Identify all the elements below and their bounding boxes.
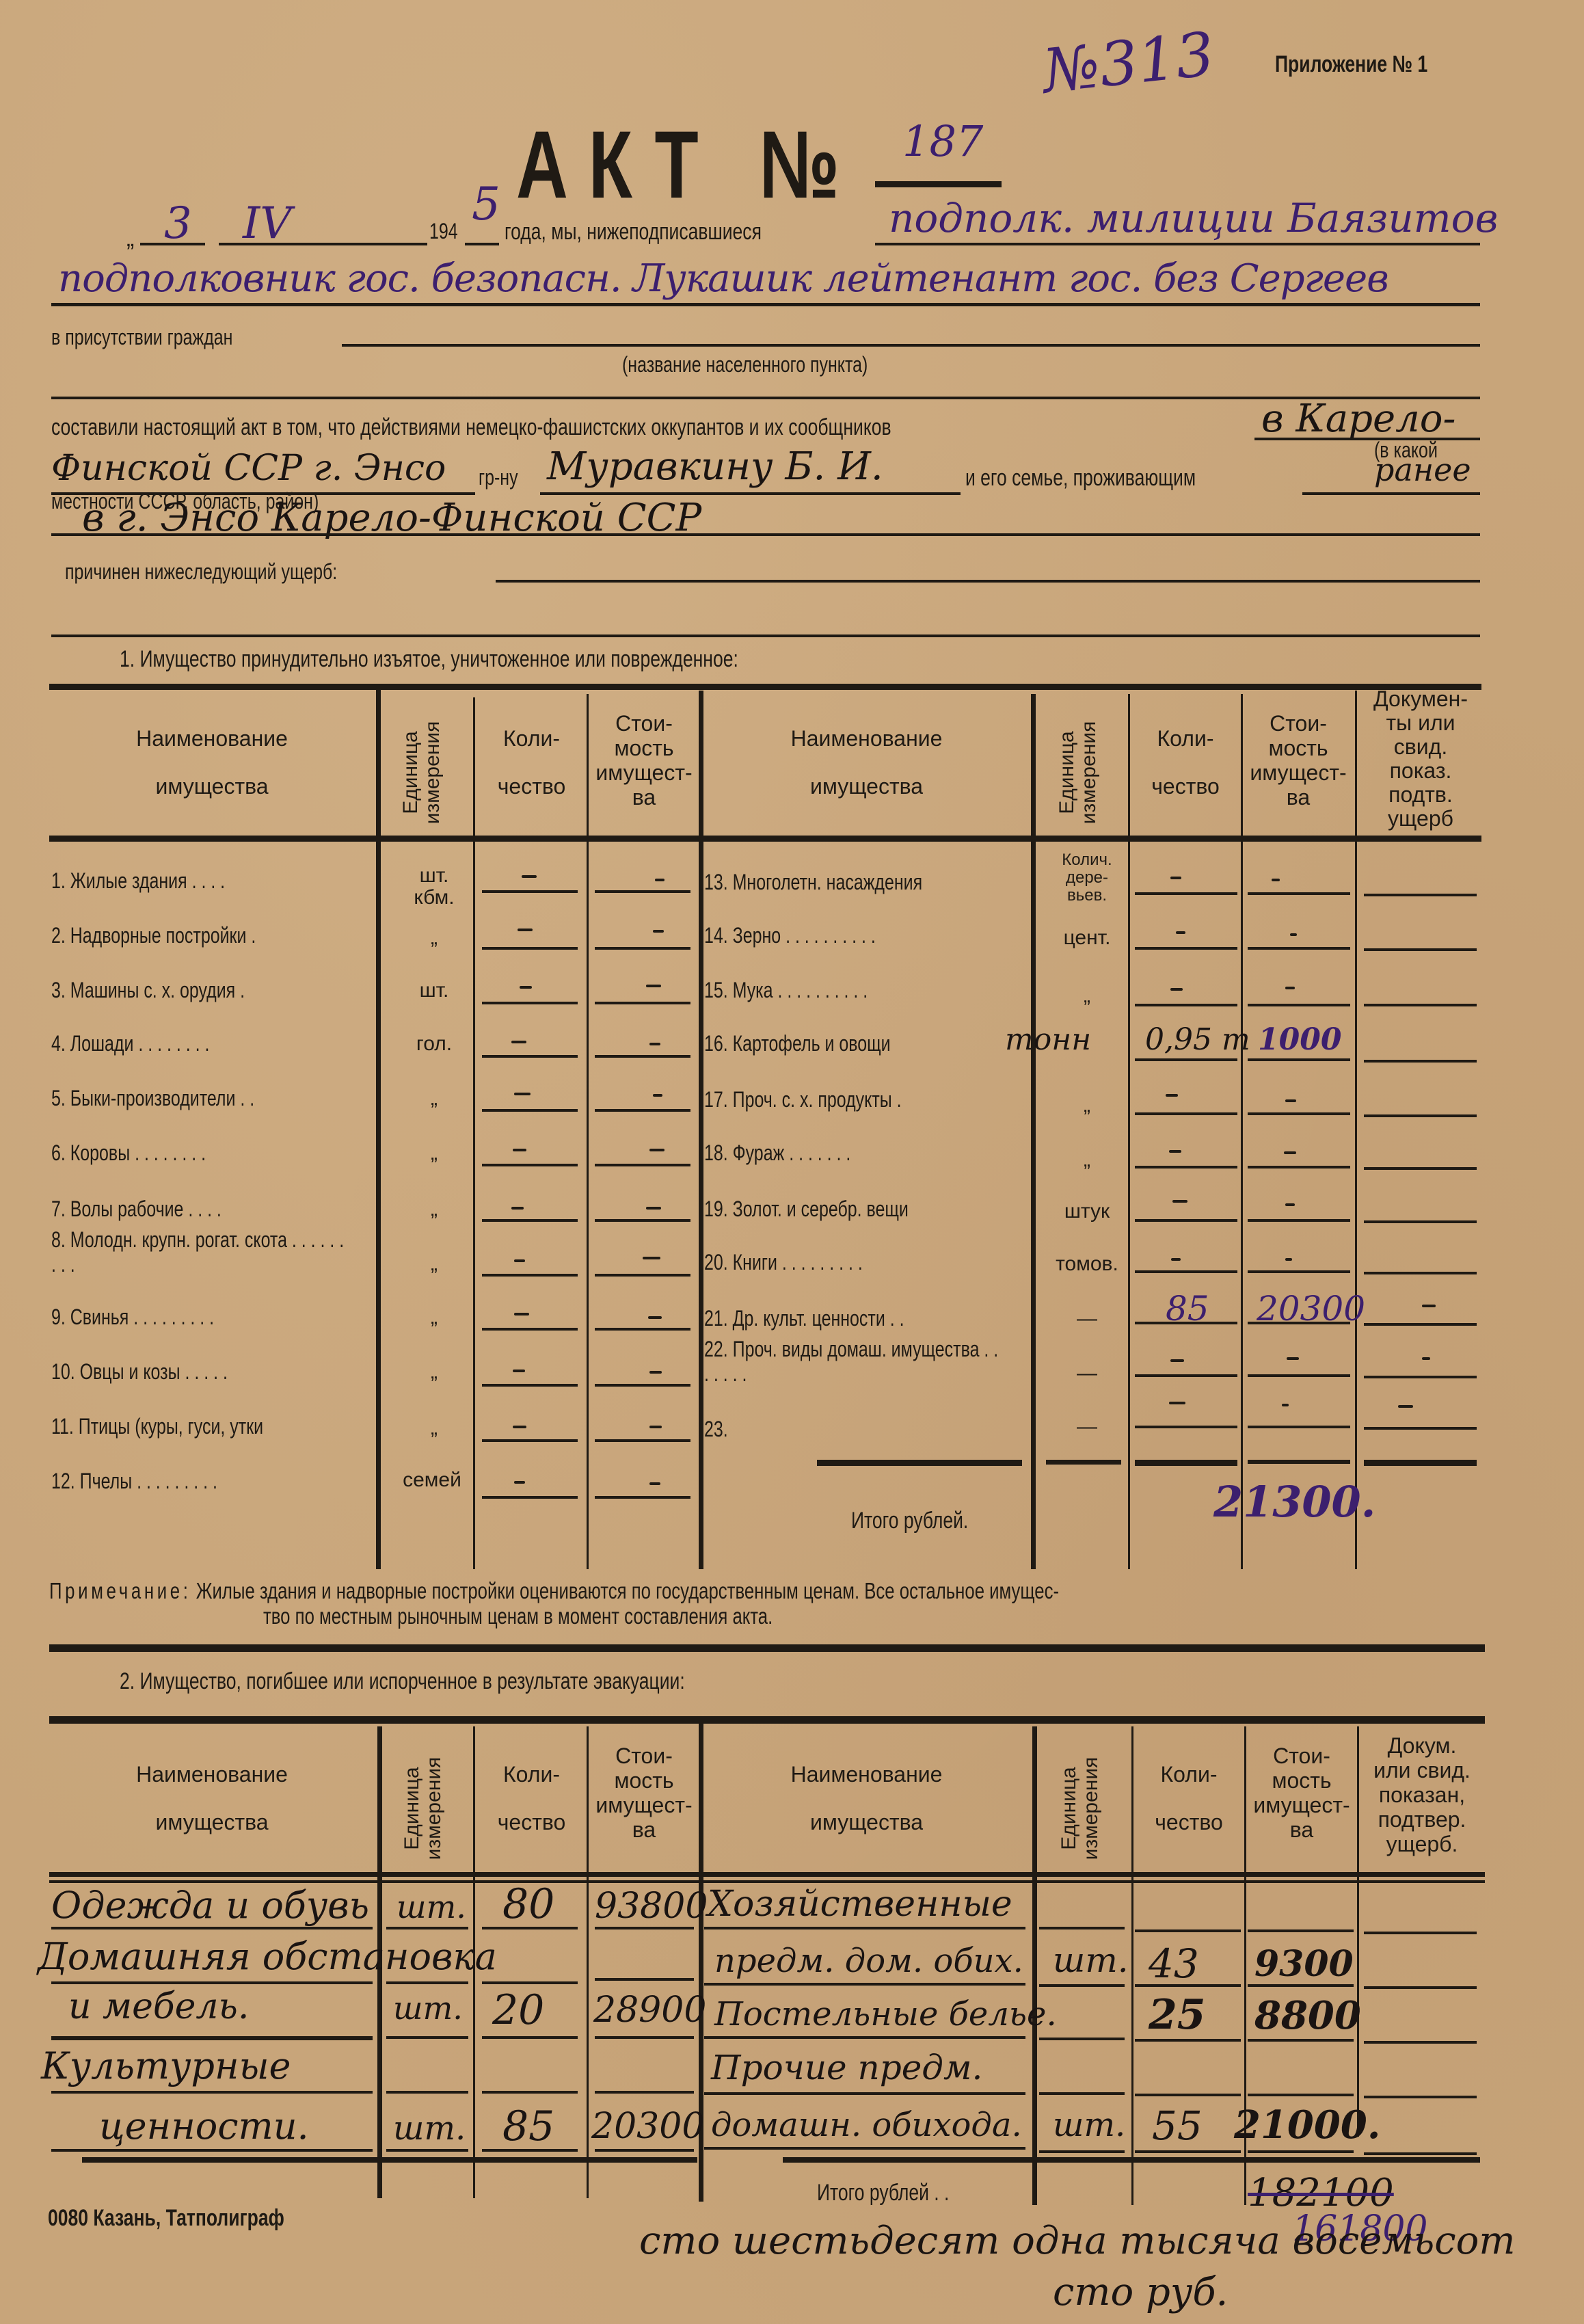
empty-dash — [520, 986, 532, 989]
t1-row-cost: 1000 — [1258, 1022, 1341, 1057]
total-rule — [1046, 1460, 1121, 1465]
date-open-quote: „ — [126, 226, 134, 252]
t1-cell-underline — [595, 1002, 690, 1004]
t1-cell-underline — [595, 1109, 690, 1112]
t2-cell-underline — [1364, 1932, 1477, 1934]
t2-row-cost: 20300 — [591, 2106, 704, 2147]
empty-dash — [648, 1316, 662, 1319]
t1-cell-underline — [1364, 1427, 1477, 1430]
empty-dash — [1176, 931, 1185, 934]
t1-row-name: 16. Картофель и овощи — [704, 1031, 943, 1056]
t2-row-qty: 20 — [492, 1986, 544, 2034]
t2-cell-underline — [1039, 2092, 1125, 2095]
t1-header-unit-right: Единица измерения — [1056, 711, 1104, 834]
t1-row-name: 5. Быки-производители . . — [51, 1086, 312, 1111]
t1-cell-underline — [1248, 1270, 1350, 1273]
damage-underline — [496, 580, 1480, 583]
t2-row-qty: 43 — [1149, 1940, 1199, 1987]
appendix-label: Приложение № 1 — [1275, 51, 1471, 78]
t1-header-name: Наименованиеимущества — [55, 714, 369, 810]
t2-cell-underline — [386, 1981, 468, 1984]
t1-total-label: Итого рублей. — [851, 1508, 1002, 1534]
t1-row-name: 2. Надворные постройки . — [51, 923, 314, 948]
t1-row-name: 21. Др. культ. ценности . . — [704, 1306, 961, 1331]
t1-cell-underline — [1135, 1270, 1237, 1273]
t2-cell-underline — [1039, 1927, 1125, 1929]
t1-row-name: 18. Фураж . . . . . . . — [704, 1140, 892, 1166]
t1-row-name: 8. Молодн. крупн. рогат. скота . . . . .… — [51, 1227, 373, 1277]
t2-row-name: Прочие предм. — [711, 2048, 982, 2087]
t1-cell-underline — [595, 890, 690, 893]
location-caption-1: (в какой — [1374, 438, 1455, 463]
t1-cell-underline — [595, 1055, 690, 1058]
empty-dash — [1169, 1402, 1185, 1404]
t1-row-unit: „ — [407, 1198, 461, 1221]
t1-header-unit: Единица измерения — [400, 711, 448, 834]
t2-cell-underline — [386, 2149, 468, 2152]
t2-header-qty-right: Коли-чество — [1135, 1750, 1243, 1846]
t2-cell-underline — [482, 2036, 578, 2039]
t1-row-name: 6. Коровы . . . . . . . . — [51, 1140, 250, 1166]
t1-cell-underline — [482, 1328, 578, 1331]
empty-dash — [1285, 987, 1295, 989]
t1-cell-underline — [1248, 1166, 1350, 1168]
t2-cell-underline — [1364, 2152, 1477, 2155]
t2-cell-underline — [1248, 2039, 1354, 2042]
t1-cell-underline — [1364, 1220, 1477, 1223]
t1-header-name-right: Наименованиеимущества — [704, 714, 1029, 810]
empty-dash — [649, 1482, 660, 1485]
note-continued: тво по местным рыночным ценам в момент с… — [263, 1603, 917, 1629]
t2-row-qty: 85 — [502, 2102, 554, 2150]
empty-dash — [646, 1207, 661, 1210]
location-hand-2: Финской ССР г. Энсо — [51, 448, 446, 489]
t1-cell-underline — [1248, 947, 1350, 950]
t2-cell-underline — [1135, 1929, 1241, 1932]
t2-cell-underline — [1248, 2150, 1354, 2153]
empty-dash — [649, 1426, 662, 1428]
t2-cell-underline — [704, 1983, 1025, 1986]
table2-header-bottom-border — [49, 1872, 1485, 1877]
t1-cell-underline — [482, 1439, 578, 1442]
t1-cell-underline — [482, 1164, 578, 1166]
empty-dash — [513, 1370, 525, 1372]
t1-cell-underline — [1248, 1322, 1350, 1324]
t1-cell-underline — [482, 947, 578, 950]
t2-col-line — [587, 1726, 589, 2198]
t1-row-name: 10. Овцы и козы . . . . . — [51, 1359, 278, 1385]
t1-row-unit: „ — [407, 1253, 461, 1276]
t2-cell-underline — [51, 1981, 373, 1984]
t2-cell-underline — [704, 2092, 1025, 2095]
t1-cell-underline — [1364, 1060, 1477, 1063]
t1-row-name: 23. — [704, 1417, 734, 1442]
t1-row-name: 11. Птицы (куры, гуси, утки — [51, 1414, 323, 1439]
t2-row-cost: 9300 — [1254, 1943, 1354, 1985]
t1-row-name: 22. Проч. виды домаш. имущества . . . . … — [704, 1337, 1025, 1386]
t1-cell-underline — [1364, 1114, 1477, 1117]
signers-underline-1 — [875, 243, 1480, 245]
t1-cell-underline — [1135, 1374, 1237, 1377]
t2-cell-underline — [482, 2149, 578, 2152]
t1-col-line — [699, 691, 703, 1569]
t2-row-qty: 80 — [502, 1880, 554, 1928]
t1-row-unit: „ — [1053, 1149, 1121, 1172]
month-underline — [219, 243, 427, 245]
year-suffix: 5 — [472, 178, 500, 230]
empty-dash — [511, 1041, 526, 1043]
t1-row-name: 9. Свинья . . . . . . . . . — [51, 1305, 260, 1330]
empty-dash — [1422, 1357, 1430, 1360]
t1-cell-underline — [595, 1328, 690, 1331]
t1-cell-underline — [1248, 1112, 1350, 1115]
t1-cell-underline — [482, 1109, 578, 1112]
residence-underline-2 — [51, 533, 1480, 536]
t2-cell-underline — [1135, 2039, 1241, 2042]
t2-row-cost: 28900 — [593, 1990, 706, 2031]
empty-dash — [513, 1149, 526, 1151]
composed-text: составили настоящий акт в том, что дейст… — [51, 414, 1128, 441]
presence-label: в присутствии граждан — [51, 325, 284, 350]
citizen-underline — [540, 492, 961, 495]
citizen-label: гр-ну — [479, 465, 529, 490]
t1-row-unit: „ — [407, 926, 461, 950]
t1-cell-underline — [1364, 1167, 1477, 1170]
section2-title: 2. Имущество, погибшее или испорченное в… — [120, 1668, 844, 1695]
t1-cell-underline — [1135, 1219, 1237, 1222]
t1-col-line — [376, 687, 381, 1569]
total-rule — [1135, 1460, 1237, 1466]
t1-cell-underline — [595, 1439, 690, 1442]
note-divider — [49, 1644, 1485, 1652]
t2-cell-underline — [386, 1927, 468, 1929]
t2-row-unit: шт. — [393, 1990, 463, 2027]
t2-cell-underline — [1248, 2094, 1354, 2096]
t1-cell-underline — [1248, 892, 1350, 895]
t1-row-unit: „ — [407, 1306, 461, 1329]
t2-header-cost: Стои-мостьимущест-ва — [589, 1744, 699, 1842]
total-rule — [1248, 1460, 1350, 1464]
t1-cell-underline — [595, 1274, 690, 1277]
location-hand-1: в Карело- — [1261, 397, 1455, 441]
t2-header-qty: Коли-чество — [479, 1750, 585, 1846]
empty-dash — [1287, 1357, 1299, 1360]
t1-cell-underline — [1248, 1058, 1350, 1061]
t2-cell-underline — [1039, 2038, 1125, 2040]
empty-dash — [643, 1257, 660, 1259]
t2-cell-underline — [386, 2091, 468, 2094]
t2-cell-underline — [482, 1981, 578, 1984]
t1-row-name: 15. Мука . . . . . . . . . . — [704, 978, 914, 1003]
t2-col-line — [1131, 1726, 1133, 2205]
table2-top-border — [49, 1716, 1485, 1724]
empty-dash — [511, 1207, 524, 1210]
intro-year-text: года, мы, нижеподписавшиеся — [505, 219, 834, 245]
residence-underline-1 — [1302, 492, 1480, 495]
t1-row-name: 14. Зерно . . . . . . . . . . — [704, 923, 924, 948]
act-number: 187 — [902, 116, 983, 166]
t1-row-unit: штук — [1053, 1200, 1121, 1223]
empty-dash — [1285, 1258, 1292, 1261]
empty-dash — [1170, 877, 1181, 879]
t2-header-unit-right: Единица измерения — [1058, 1747, 1106, 1870]
empty-dash — [649, 1371, 662, 1374]
empty-dash — [646, 985, 661, 987]
t2-row-qty: 25 — [1149, 1991, 1206, 2039]
t1-row-name: 17. Проч. с. х. продукты . — [704, 1087, 957, 1112]
empty-dash — [1284, 1151, 1296, 1154]
empty-dash — [653, 1094, 662, 1097]
total-rule — [1364, 1460, 1477, 1466]
t2-cell-underline — [51, 1927, 373, 1929]
signers-underline-2 — [51, 303, 1480, 306]
t2-header-name: Наименованиеимущества — [55, 1750, 369, 1846]
year-prefix: 194 — [429, 219, 466, 244]
t1-row-unit: „ — [407, 1417, 461, 1440]
t2-cell-underline — [51, 2149, 373, 2152]
damage-text: причинен нижеследующий ущерб: — [65, 559, 414, 585]
t1-header-qty: Коли-чество — [479, 714, 585, 810]
t2-cell-underline — [704, 2036, 1025, 2039]
table1-top-border — [49, 684, 1481, 690]
t1-row-unit: — — [1053, 1415, 1121, 1439]
empty-dash — [522, 875, 537, 878]
t1-cell-underline — [1135, 1426, 1237, 1428]
t1-cell-underline — [595, 1384, 690, 1387]
t2-bottom-rule — [82, 2157, 697, 2163]
t2-cell-underline — [386, 2036, 468, 2039]
t1-row-unit: шт. — [407, 979, 461, 1002]
table1-header-bottom-border — [49, 836, 1481, 842]
empty-dash — [649, 1043, 660, 1045]
empty-dash — [518, 929, 533, 931]
t1-cell-underline — [595, 1219, 690, 1222]
t2-row-cost: 93800 — [595, 1886, 708, 1927]
settlement-caption: (название населенного пункта) — [622, 352, 937, 377]
t2-row-name: ценности. — [99, 2105, 309, 2148]
t2-cell-underline — [1364, 2096, 1477, 2098]
t1-header-cost: Стои-мостьимущест-ва — [589, 711, 699, 810]
t2-cell-underline — [704, 1927, 1025, 1929]
year-underline — [465, 243, 499, 245]
t2-row-name: Одежда и обувь — [51, 1884, 369, 1927]
t1-row-name: 3. Машины с. х. орудия . — [51, 978, 299, 1003]
t1-cell-underline — [1364, 1272, 1477, 1274]
empty-dash — [1398, 1405, 1413, 1408]
damage-underline-2 — [51, 635, 1480, 637]
act-number-underline — [875, 181, 1002, 187]
empty-dash — [1272, 879, 1280, 881]
sum-in-words-line-2: сто руб. — [1053, 2270, 1228, 2314]
t1-row-name: 1. Жилые здания . . . . — [51, 868, 274, 894]
t1-row-unit: — — [1053, 1307, 1121, 1331]
empty-dash — [653, 930, 664, 933]
note: Примечание: Жилые здания и надворные пос… — [49, 1578, 1344, 1604]
t2-header-unit: Единица измерения — [401, 1747, 449, 1870]
empty-dash — [1171, 1258, 1181, 1261]
t1-row-unit-hand: тонн — [1005, 1022, 1091, 1057]
t1-row-qty: 0,95 т — [1145, 1022, 1250, 1057]
empty-dash — [513, 1426, 526, 1428]
t1-cell-underline — [1135, 1166, 1237, 1168]
t1-cell-underline — [1248, 1426, 1350, 1428]
t2-cell-underline — [482, 2091, 578, 2094]
date-day: 3 — [164, 198, 192, 249]
t1-cell-underline — [482, 1496, 578, 1499]
t2-cell-underline — [51, 2091, 373, 2094]
t1-row-unit: „ — [407, 1361, 461, 1384]
t1-cell-underline — [1364, 948, 1477, 951]
t1-header-docs: Докумен-ты илисвид.показ.подтв.ущерб — [1359, 687, 1482, 831]
sum-in-words-line-1: сто шестьдесят одна тысяча восемьсот — [639, 2219, 1515, 2263]
t2-header-name-right: Наименованиеимущества — [704, 1750, 1029, 1846]
t1-col-line — [1241, 694, 1243, 1569]
citizen-name: Муравкину Б. И. — [547, 444, 883, 489]
t2-cell-underline — [1248, 1929, 1354, 1932]
t1-row-unit: „ — [407, 1087, 461, 1110]
t2-cell-underline — [595, 2091, 694, 2094]
t1-total-value: 21300. — [1213, 1477, 1375, 1527]
t2-cell-underline — [1135, 2150, 1241, 2153]
t2-col-line — [1032, 1726, 1037, 2205]
t2-cell-underline — [51, 2036, 373, 2040]
t2-cell-underline — [1248, 1984, 1354, 1987]
t1-row-unit: шт. кбм. — [407, 865, 461, 909]
t1-row-unit: томов. — [1046, 1253, 1128, 1276]
t2-row-name: Культурные — [41, 2044, 291, 2087]
t2-cell-underline — [704, 2147, 1025, 2150]
t1-cell-underline — [1135, 947, 1237, 950]
t2-header-cost-right: Стои-мостьимущест-ва — [1246, 1744, 1357, 1842]
signers-line-2: подполковник гос. безопасн. Лукашик лейт… — [58, 256, 1388, 301]
t1-cell-underline — [482, 1055, 578, 1058]
t1-row-unit: — — [1053, 1362, 1121, 1385]
empty-dash — [1169, 1150, 1181, 1153]
t1-row-unit: гол. — [407, 1032, 461, 1056]
t2-cell-underline — [482, 1927, 578, 1929]
t1-row-name: 4. Лошади . . . . . . . . — [51, 1031, 254, 1056]
t2-row-cost: 21000. — [1234, 2102, 1380, 2148]
t1-row-name: 7. Волы рабочие . . . . — [51, 1197, 269, 1222]
t1-row-unit: „ — [407, 1142, 461, 1165]
empty-dash — [1166, 1094, 1178, 1097]
t1-cell-underline — [1248, 1219, 1350, 1222]
t2-cell-underline — [1039, 2150, 1125, 2153]
t2-row-cost: 8800 — [1254, 1993, 1361, 2038]
t1-cell-underline — [1135, 892, 1237, 895]
empty-dash — [1290, 933, 1297, 936]
t1-row-name: 12. Пчелы . . . . . . . . . — [51, 1469, 264, 1494]
t1-cell-underline — [1248, 1004, 1350, 1006]
section1-title: 1. Имущество принудительно изъятое, унич… — [120, 646, 913, 673]
t2-row-name: Постельные белье. — [714, 1995, 1057, 2033]
t1-row-name: 13. Многолетн. насаждения — [704, 870, 984, 895]
t2-header-docs: Докум.или свид.показан,подтвер.ущерб. — [1360, 1733, 1484, 1856]
t2-row-name: домашн. обихода. — [711, 2106, 1022, 2144]
t1-header-cost-right: Стои-мостьимущест-ва — [1243, 711, 1354, 810]
date-month: IV — [243, 198, 292, 249]
t1-row-unit: цент. — [1053, 926, 1121, 950]
empty-dash — [514, 1313, 529, 1315]
empty-dash — [1170, 988, 1183, 991]
t2-row-name: Домашняя обстановка — [38, 1935, 497, 1978]
table2-header-bottom-border-2 — [49, 1880, 1485, 1883]
t2-row-name: предм. дом. обих. — [714, 1942, 1023, 1980]
t1-cell-underline — [482, 1274, 578, 1277]
empty-dash — [1172, 1200, 1187, 1203]
t1-cell-underline — [1364, 894, 1477, 896]
t2-row-qty: 55 — [1152, 2102, 1203, 2149]
t1-cell-underline — [1135, 1322, 1237, 1324]
t1-row-unit: Колич. дере- вьев. — [1056, 851, 1118, 905]
empty-dash — [655, 879, 665, 881]
t2-cell-underline — [595, 2149, 694, 2152]
t2-cell-underline — [595, 1978, 694, 1981]
day-underline — [140, 243, 205, 245]
t1-cell-underline — [595, 1496, 690, 1499]
signers-line-1: подполк. милиции Баязитов — [889, 195, 1498, 241]
t2-cell-underline — [595, 1927, 694, 1929]
empty-dash — [1422, 1305, 1436, 1307]
t2-row-unit: шт. — [1053, 2106, 1125, 2144]
t2-row-unit: шт. — [393, 2109, 466, 2148]
family-text: и его семье, проживающим — [965, 465, 1261, 492]
t2-row-unit: шт. — [1053, 1940, 1129, 1980]
empty-dash — [514, 1481, 525, 1484]
empty-dash — [1170, 1359, 1184, 1362]
empty-dash — [1285, 1203, 1295, 1206]
t2-row-name: и мебель. — [68, 1986, 249, 2027]
t2-cell-underline — [1364, 2041, 1477, 2044]
t1-row-unit: „ — [1053, 985, 1121, 1008]
t1-cell-underline — [1248, 1374, 1350, 1377]
t2-col-line — [1357, 1726, 1359, 2137]
t1-cell-underline — [482, 1384, 578, 1387]
t1-cell-underline — [1364, 1323, 1477, 1326]
t1-header-qty-right: Коли-чество — [1131, 714, 1239, 810]
t1-cell-underline — [482, 1219, 578, 1222]
t2-cell-underline — [1135, 2094, 1241, 2096]
printer-imprint: 0080 Казань, Татполиграф — [48, 2205, 351, 2232]
t1-cell-underline — [1364, 1004, 1477, 1006]
empty-dash — [649, 1149, 665, 1151]
t2-row-name: Хозяйственные — [708, 1884, 1012, 1925]
t1-cell-underline — [482, 890, 578, 893]
t1-cell-underline — [1364, 1376, 1477, 1378]
total-rule — [817, 1460, 1022, 1466]
t2-bottom-rule — [783, 2157, 1480, 2163]
t2-cell-underline — [1039, 1984, 1125, 1987]
empty-dash — [1282, 1404, 1289, 1406]
archive-number: №313 — [1039, 18, 1218, 107]
t1-cell-underline — [595, 947, 690, 950]
t2-cell-underline — [1135, 1984, 1241, 1987]
t1-col-line — [587, 694, 589, 1569]
t2-cell-underline — [595, 2036, 694, 2039]
empty-dash — [1285, 1099, 1296, 1102]
t1-cell-underline — [482, 1002, 578, 1004]
t1-cell-underline — [1135, 1058, 1237, 1061]
t1-row-name: 20. Книги . . . . . . . . . — [704, 1250, 907, 1275]
t1-col-line — [1355, 691, 1357, 1569]
t1-cell-underline — [595, 1164, 690, 1166]
presence-underline — [342, 344, 1480, 347]
empty-dash — [514, 1093, 531, 1095]
t1-col-line — [1031, 694, 1036, 1569]
t1-row-unit: семей — [391, 1469, 473, 1492]
t1-col-line — [1128, 694, 1130, 1569]
t2-cell-underline — [1364, 1986, 1477, 1989]
